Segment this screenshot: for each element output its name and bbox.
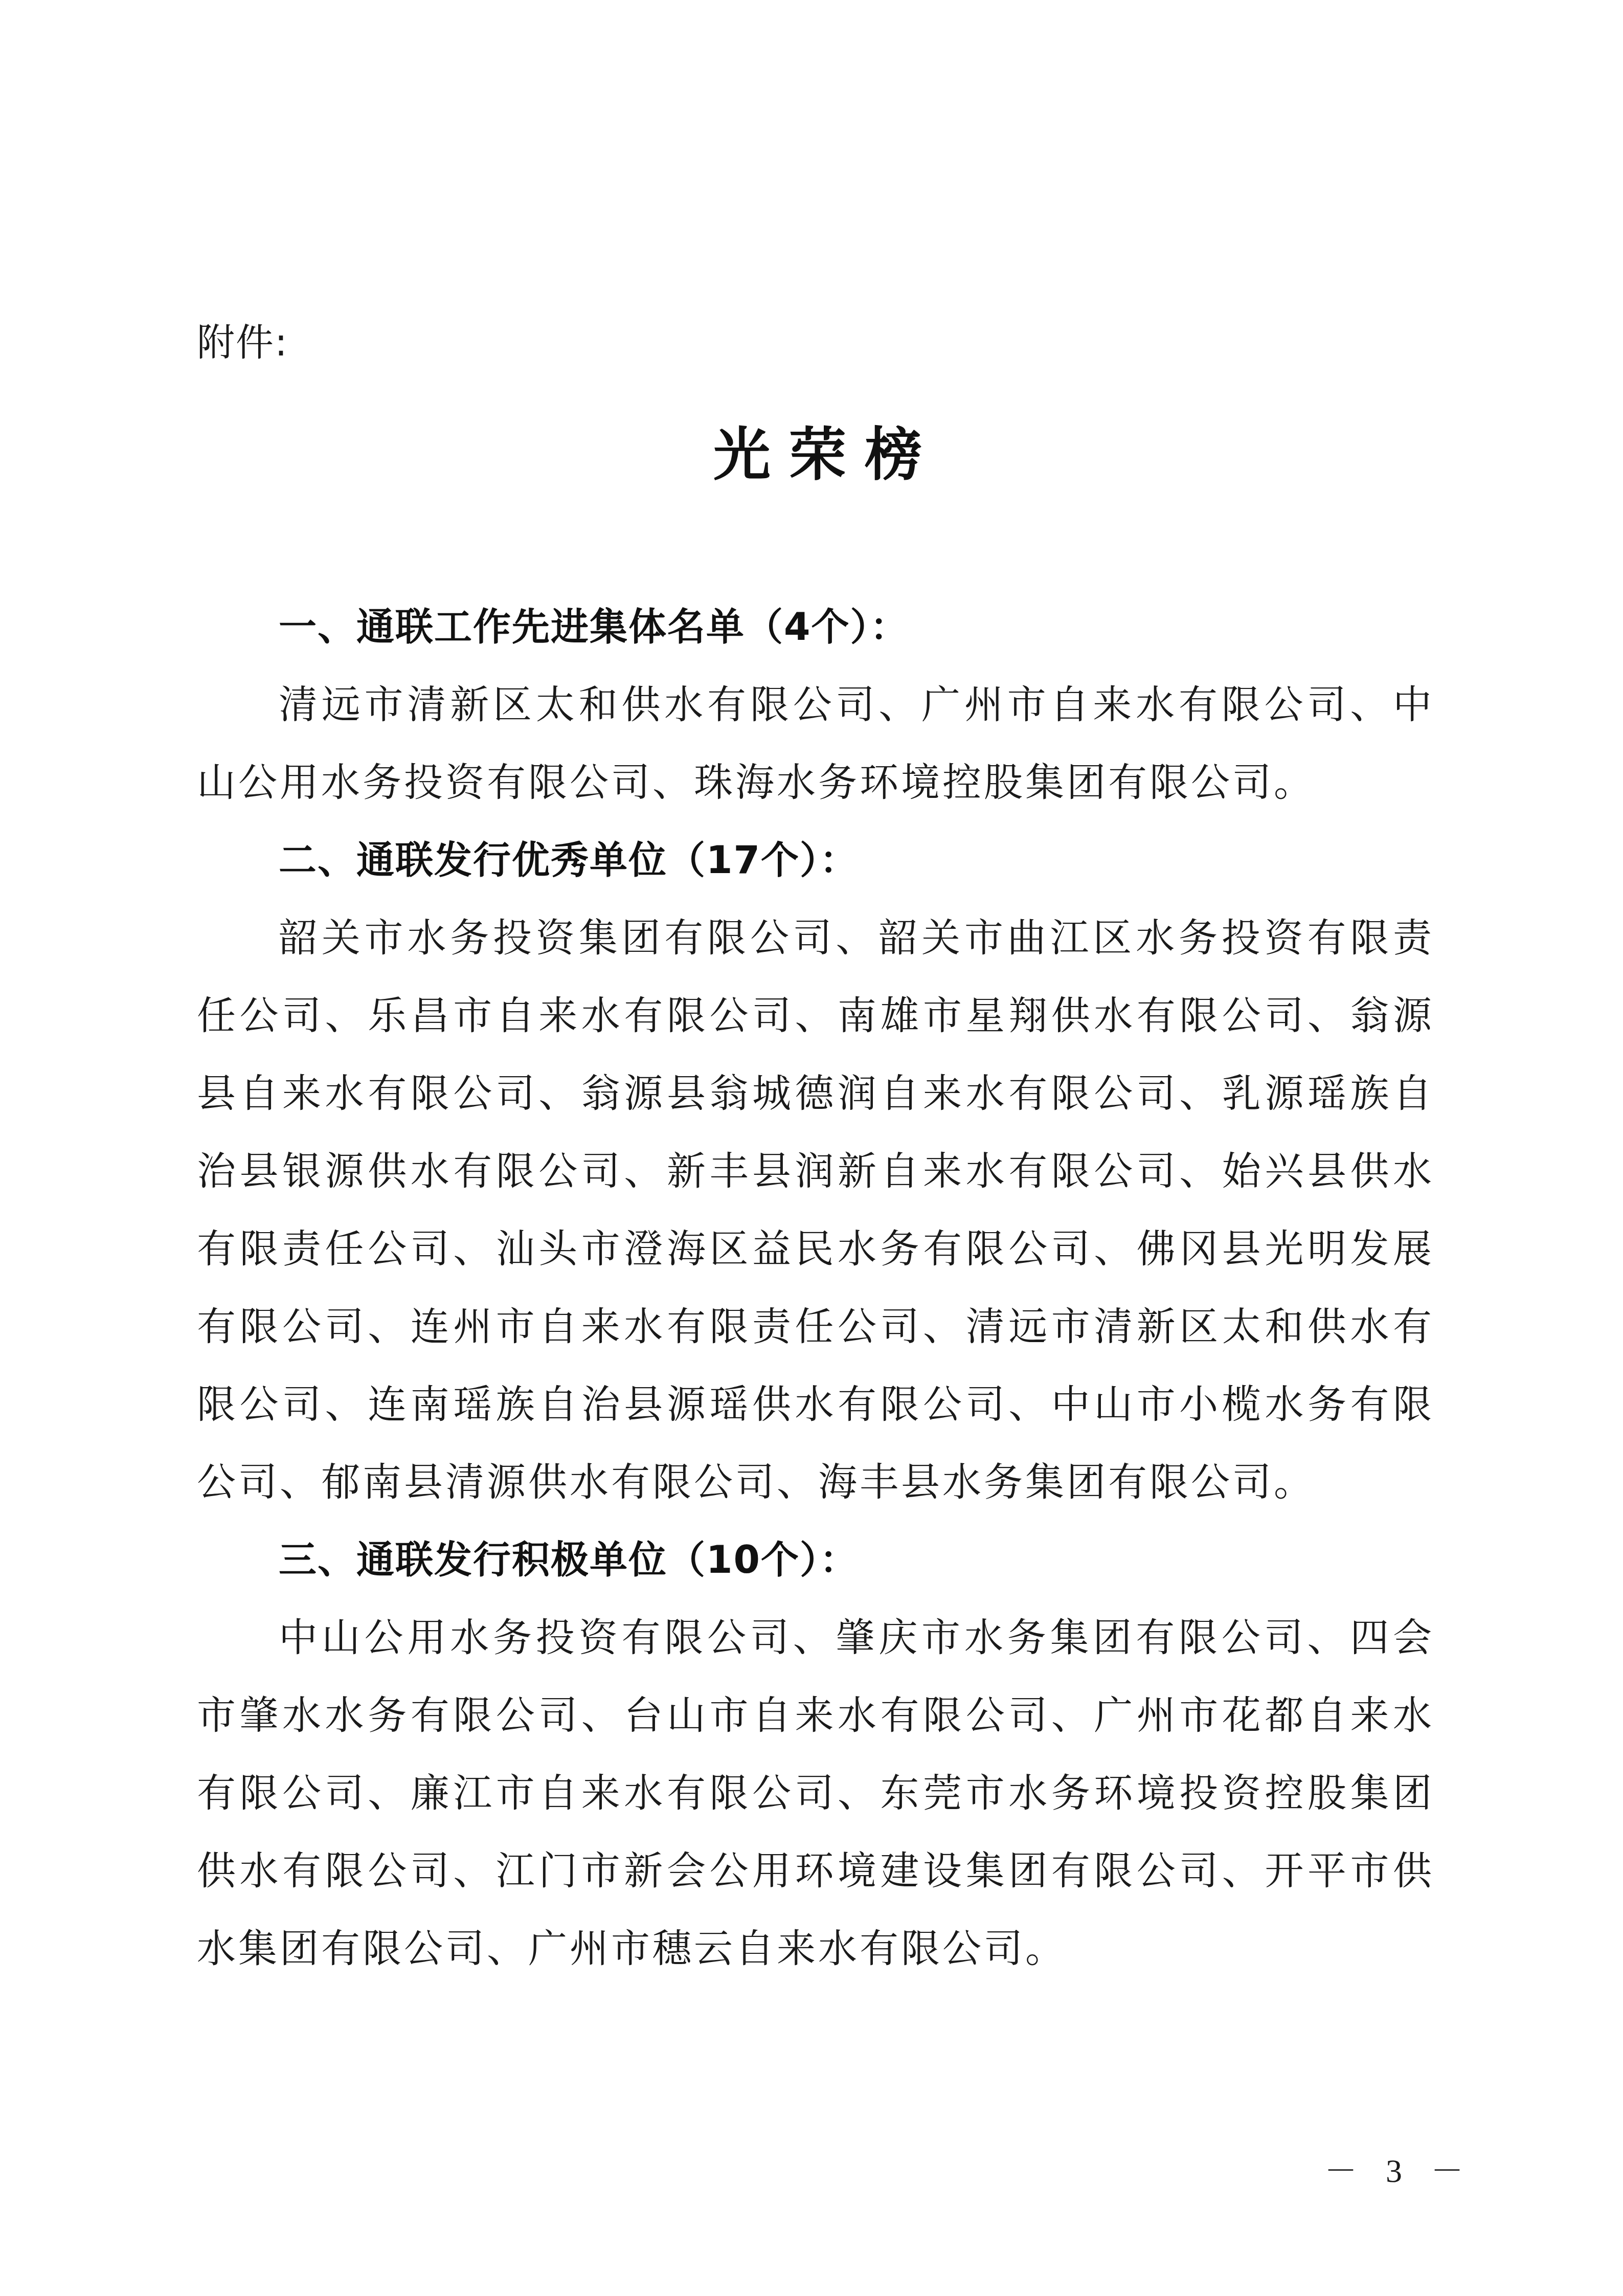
organization-list: 韶关市水务投资集团有限公司、韶关市曲江区水务投资有限责任公司、乐昌市自来水有限公…	[197, 899, 1434, 1521]
section-active-units: 三、通联发行积极单位（10个）： 中山公用水务投资有限公司、肇庆市水务集团有限公…	[197, 1521, 1434, 1988]
section-heading: 二、通联发行优秀单位（17个）：	[197, 821, 1434, 899]
attachment-label: 附件:	[197, 317, 288, 368]
organization-list: 中山公用水务投资有限公司、肇庆市水务集团有限公司、四会市肇水水务有限公司、台山市…	[197, 1599, 1434, 1988]
page-number: － 3 －	[1324, 2148, 1474, 2194]
section-excellent-units: 二、通联发行优秀单位（17个）： 韶关市水务投资集团有限公司、韶关市曲江区水务投…	[197, 821, 1434, 1521]
document-page: 附件: 光荣榜 一、通联工作先进集体名单（4个）： 清远市清新区太和供水有限公司…	[0, 0, 1623, 2296]
honor-roll-content: 一、通联工作先进集体名单（4个）： 清远市清新区太和供水有限公司、广州市自来水有…	[197, 588, 1434, 1988]
organization-list: 清远市清新区太和供水有限公司、广州市自来水有限公司、中山公用水务投资有限公司、珠…	[197, 666, 1434, 821]
section-heading: 三、通联发行积极单位（10个）：	[197, 1521, 1434, 1599]
page-title: 光荣榜	[0, 419, 1623, 491]
section-advanced-collectives: 一、通联工作先进集体名单（4个）： 清远市清新区太和供水有限公司、广州市自来水有…	[197, 588, 1434, 821]
section-heading: 一、通联工作先进集体名单（4个）：	[197, 588, 1434, 666]
